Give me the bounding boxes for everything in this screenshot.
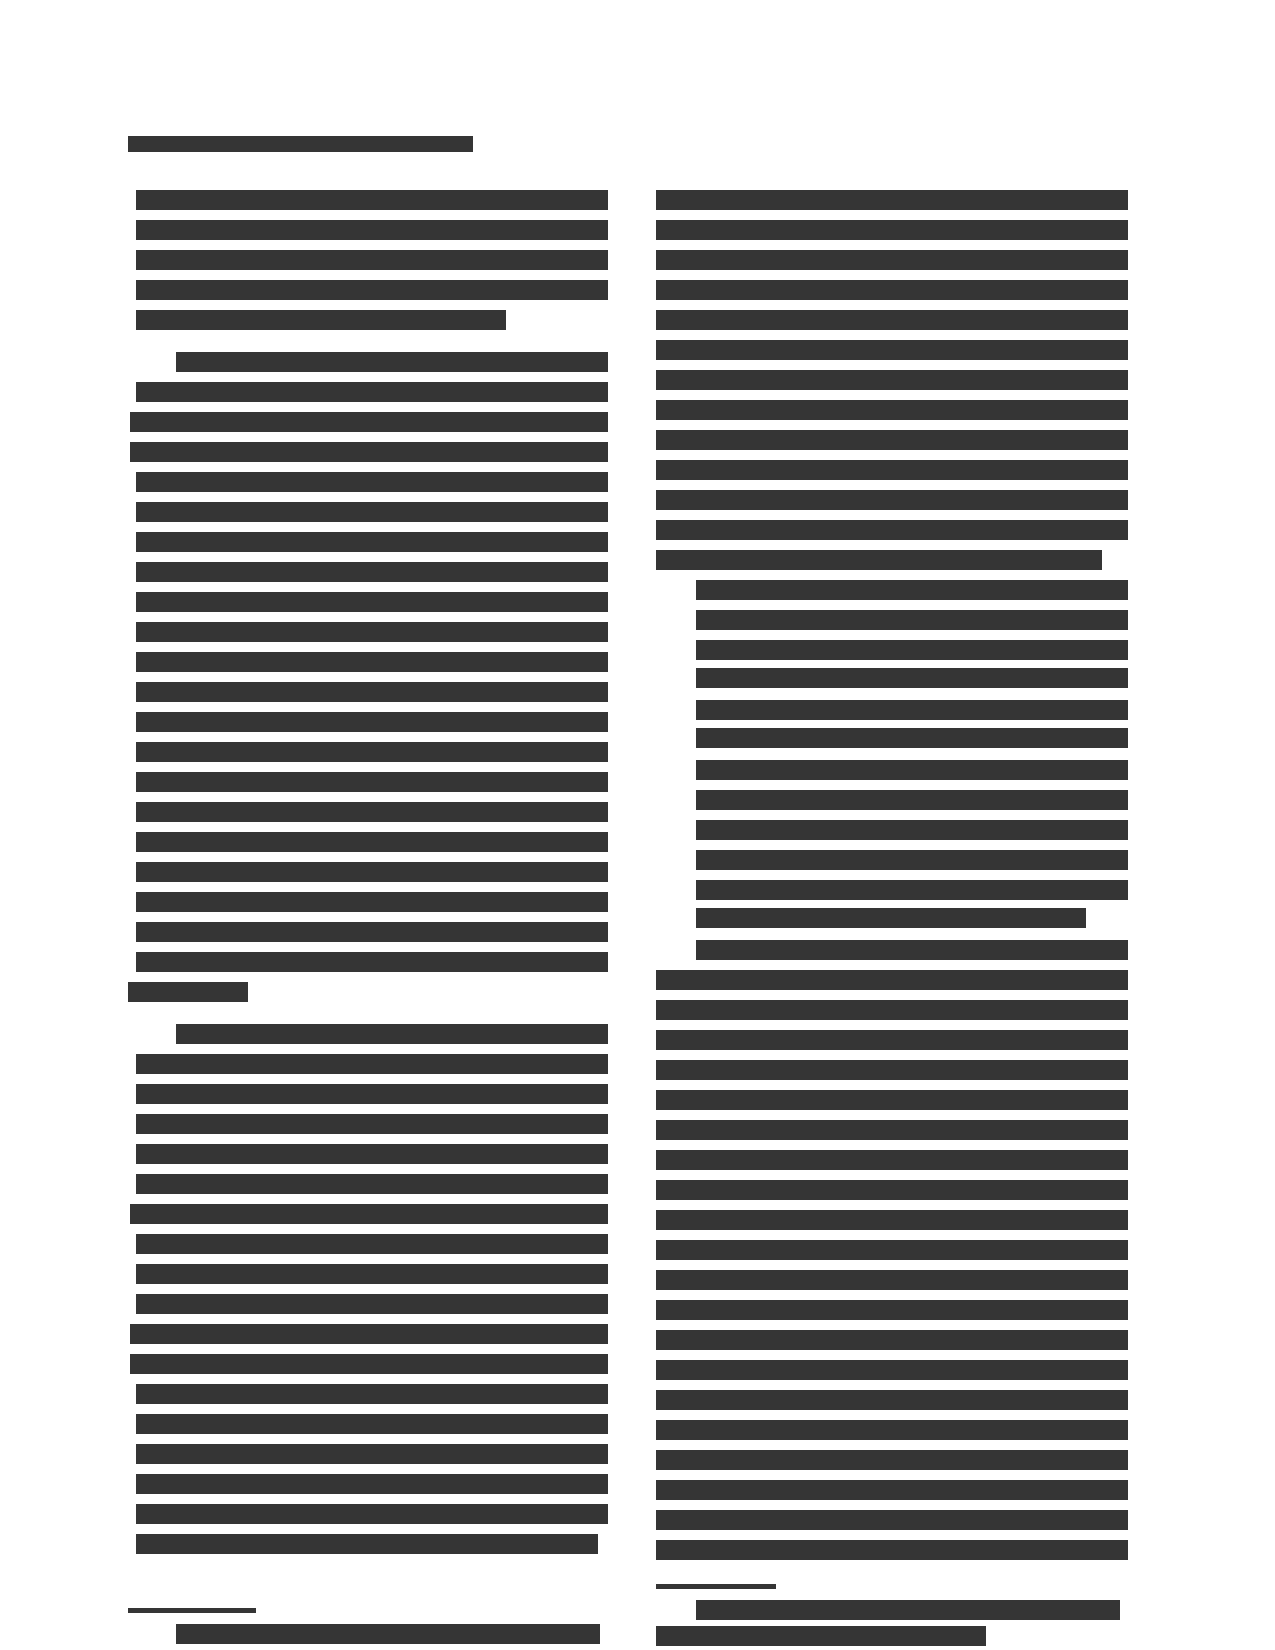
redacted-text-line (656, 370, 1128, 390)
redacted-text-line (136, 922, 608, 942)
redacted-text-line (136, 622, 608, 642)
redacted-text-line (656, 1330, 1128, 1350)
redacted-text-line (136, 382, 608, 402)
redacted-text-line (136, 190, 608, 210)
redacted-block-quote-line (696, 668, 1128, 688)
redacted-block-quote-line (696, 700, 1128, 720)
redacted-text-line (656, 310, 1128, 330)
redacted-text-line (656, 1240, 1128, 1260)
redacted-text-line (136, 1144, 608, 1164)
redacted-text-line (136, 952, 608, 972)
redacted-text-line (136, 1534, 598, 1554)
redacted-text-line (656, 1210, 1128, 1230)
redacted-block-quote-line (696, 820, 1128, 840)
redacted-text-line (656, 490, 1128, 510)
redacted-text-line (656, 280, 1128, 300)
redacted-text-line (136, 772, 608, 792)
redacted-block-quote-line (696, 610, 1128, 630)
redacted-footnote-line (176, 1624, 600, 1644)
redacted-text-line (136, 220, 608, 240)
redacted-block-quote-line (696, 728, 1128, 748)
redacted-text-line (130, 1324, 608, 1344)
redacted-text-line (130, 442, 608, 462)
redacted-text-line (136, 1444, 608, 1464)
redacted-text-line (656, 1450, 1128, 1470)
redacted-text-line (136, 682, 608, 702)
redacted-text-line (136, 1264, 608, 1284)
redacted-text-line (656, 460, 1128, 480)
redacted-text-line (136, 532, 608, 552)
redacted-text-line (656, 1150, 1128, 1170)
redacted-text-line (136, 280, 608, 300)
redacted-block-quote-line (696, 790, 1128, 810)
redacted-text-line (136, 832, 608, 852)
redacted-text-line (136, 1504, 608, 1524)
redacted-text-line (136, 1084, 608, 1104)
redacted-text-line (136, 1234, 608, 1254)
redacted-text-line (136, 1174, 608, 1194)
redacted-text-line (136, 562, 608, 582)
redacted-text-line (656, 1300, 1128, 1320)
redacted-text-line (656, 1540, 1128, 1560)
redacted-text-line (696, 940, 1128, 960)
redacted-text-line (136, 1114, 608, 1134)
redacted-block-quote-line (696, 850, 1128, 870)
redacted-text-line (656, 1360, 1128, 1380)
redacted-text-line (136, 250, 608, 270)
redacted-text-line (656, 1090, 1128, 1110)
redacted-text-line (176, 1024, 608, 1044)
footnote-separator (128, 1608, 256, 1613)
redacted-text-line (656, 1390, 1128, 1410)
redacted-text-line (656, 970, 1128, 990)
redacted-text-line (136, 1054, 608, 1074)
redacted-text-line (656, 1180, 1128, 1200)
redacted-text-line (656, 1270, 1128, 1290)
redacted-text-line (656, 430, 1128, 450)
redacted-text-line (656, 400, 1128, 420)
redacted-text-line (136, 310, 506, 330)
redacted-text-line (136, 802, 608, 822)
running-header-redacted (128, 136, 473, 152)
redacted-text-line (656, 190, 1128, 210)
redacted-text-line (136, 1384, 608, 1404)
redacted-text-line (176, 352, 608, 372)
redacted-block-quote-line (696, 640, 1128, 660)
redacted-text-line (656, 1000, 1128, 1020)
document-page (0, 0, 1275, 1650)
redacted-footnote-line (696, 1600, 1120, 1620)
redacted-text-line (656, 550, 1102, 570)
redacted-text-line (656, 1510, 1128, 1530)
redacted-text-line (656, 1480, 1128, 1500)
redacted-text-line (136, 712, 608, 732)
redacted-text-line (136, 892, 608, 912)
redacted-text-line (656, 1120, 1128, 1140)
redacted-text-line (136, 1294, 608, 1314)
redacted-text-line (128, 982, 248, 1002)
redacted-block-quote-line (696, 760, 1128, 780)
redacted-text-line (130, 1204, 608, 1224)
redacted-text-line (656, 1060, 1128, 1080)
redacted-text-line (130, 412, 608, 432)
redacted-text-line (136, 652, 608, 672)
redacted-text-line (656, 340, 1128, 360)
redacted-block-quote-line (696, 908, 1086, 928)
redacted-text-line (130, 1354, 608, 1374)
redacted-text-line (136, 742, 608, 762)
redacted-text-line (136, 862, 608, 882)
footnote-separator (656, 1584, 776, 1589)
redacted-text-line (656, 520, 1128, 540)
redacted-text-line (136, 502, 608, 522)
redacted-text-line (656, 220, 1128, 240)
redacted-text-line (656, 1420, 1128, 1440)
redacted-text-line (656, 1030, 1128, 1050)
redacted-text-line (136, 472, 608, 492)
redacted-footnote-line (656, 1626, 986, 1646)
redacted-text-line (136, 1414, 608, 1434)
redacted-text-line (656, 250, 1128, 270)
redacted-text-line (136, 592, 608, 612)
redacted-block-quote-line (696, 580, 1128, 600)
redacted-block-quote-line (696, 880, 1128, 900)
redacted-text-line (136, 1474, 608, 1494)
